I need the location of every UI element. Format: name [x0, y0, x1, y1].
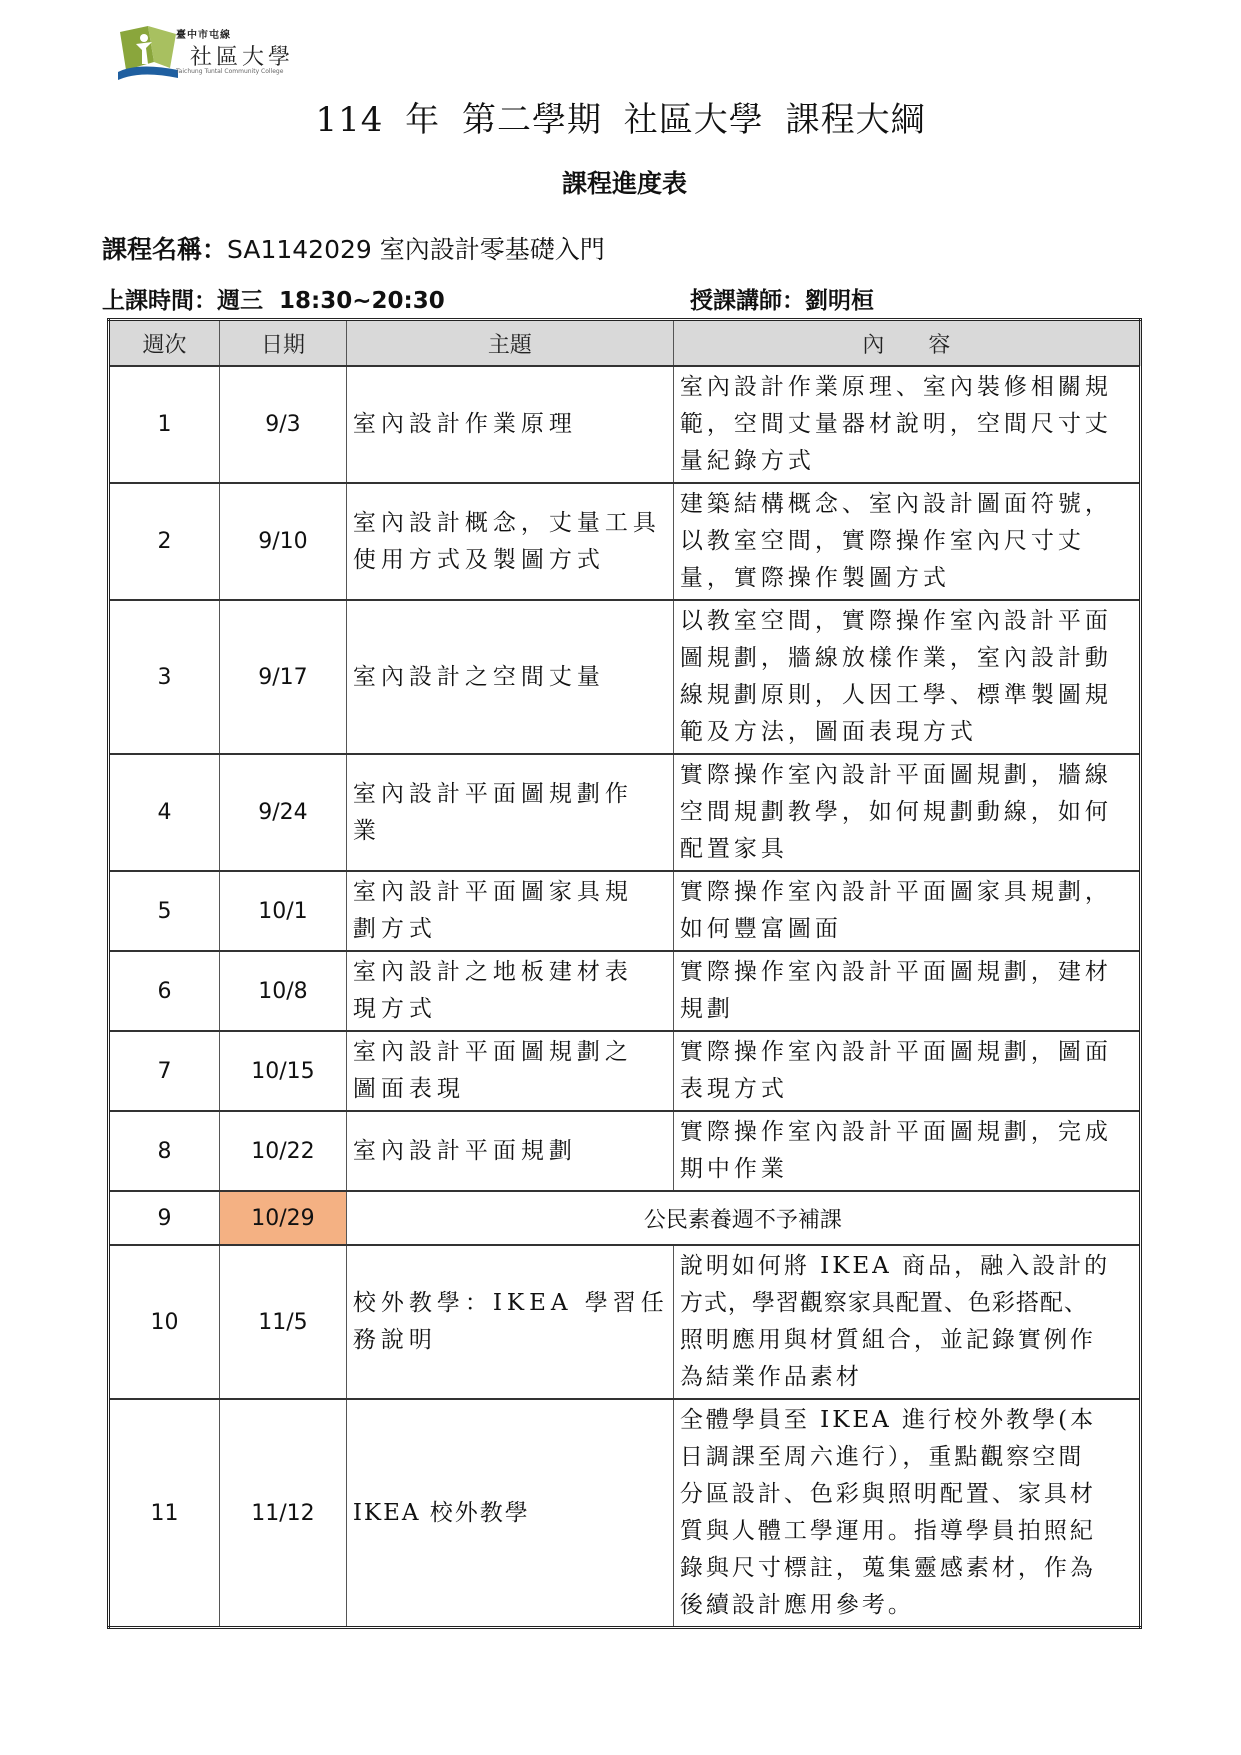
table-row: 5 10/1 室內設計平面圖家具規 劃方式 實際操作室內設計平面圖家具規劃， 如…	[109, 871, 1141, 951]
table-row: 8 10/22 室內設計平面規劃 實際操作室內設計平面圖規劃，完成 期中作業	[109, 1111, 1141, 1191]
content-cell: 實際操作室內設計平面圖規劃，圖面 表現方式	[673, 1031, 1140, 1111]
week-cell: 9	[109, 1191, 220, 1245]
topic-cell: 室內設計平面圖規劃作 業	[346, 754, 673, 871]
logo-english-text: Taichung Tuntal Community College	[176, 68, 283, 75]
topic-cell: 室內設計之地板建材表 現方式	[346, 951, 673, 1031]
week-cell: 5	[109, 871, 220, 951]
date-cell: 9/17	[220, 600, 347, 754]
date-cell: 9/3	[220, 366, 347, 483]
content-cell: 實際操作室內設計平面圖規劃，完成 期中作業	[673, 1111, 1140, 1191]
class-time-label: 上課時間：	[102, 288, 217, 314]
course-name-line: 課程名稱：SA1142029 室內設計零基礎入門	[102, 230, 605, 266]
date-cell: 10/22	[220, 1111, 347, 1191]
table-row: 2 9/10 室內設計概念，丈量工具 使用方式及製圖方式 建築結構概念、室內設計…	[109, 483, 1141, 600]
week-cell: 7	[109, 1031, 220, 1111]
date-cell-highlighted: 10/29	[220, 1191, 347, 1245]
table-row: 3 9/17 室內設計之空間丈量 以教室空間，實際操作室內設計平面 圖規劃，牆線…	[109, 600, 1141, 754]
content-cell: 說明如何將 IKEA 商品，融入設計的 方式，學習觀察家具配置、色彩搭配、 照明…	[673, 1245, 1140, 1399]
topic-cell: 室內設計平面規劃	[346, 1111, 673, 1191]
table-row: 11 11/12 IKEA 校外教學 全體學員至 IKEA 進行校外教學(本 日…	[109, 1399, 1141, 1628]
week-cell: 4	[109, 754, 220, 871]
date-cell: 10/1	[220, 871, 347, 951]
course-name-label: 課程名稱：	[102, 235, 227, 264]
topic-cell: 室內設計概念，丈量工具 使用方式及製圖方式	[346, 483, 673, 600]
week-cell: 1	[109, 366, 220, 483]
teacher-label: 授課講師：	[690, 288, 805, 314]
content-cell: 室內設計作業原理、室內裝修相關規 範，空間丈量器材說明，空間尺寸丈 量紀錄方式	[673, 366, 1140, 483]
holiday-note-cell: 公民素養週不予補課	[346, 1191, 1140, 1245]
table-row: 10 11/5 校外教學：IKEA 學習任 務說明 說明如何將 IKEA 商品，…	[109, 1245, 1141, 1399]
date-cell: 10/15	[220, 1031, 347, 1111]
topic-cell: 室內設計平面圖規劃之 圖面表現	[346, 1031, 673, 1111]
week-cell: 2	[109, 483, 220, 600]
topic-cell: 室內設計之空間丈量	[346, 600, 673, 754]
topic-cell: IKEA 校外教學	[346, 1399, 673, 1628]
table-header-row: 週次 日期 主題 內 容	[109, 320, 1141, 367]
content-cell: 實際操作室內設計平面圖規劃，牆線 空間規劃教學，如何規劃動線，如何 配置家具	[673, 754, 1140, 871]
header-week: 週次	[109, 320, 220, 367]
header-topic: 主題	[346, 320, 673, 367]
date-cell: 9/10	[220, 483, 347, 600]
content-cell: 實際操作室內設計平面圖規劃，建材 規劃	[673, 951, 1140, 1031]
date-cell: 10/8	[220, 951, 347, 1031]
date-cell: 11/12	[220, 1399, 347, 1628]
table-row: 4 9/24 室內設計平面圖規劃作 業 實際操作室內設計平面圖規劃，牆線 空間規…	[109, 754, 1141, 871]
content-cell: 實際操作室內設計平面圖家具規劃， 如何豐富圖面	[673, 871, 1140, 951]
content-cell: 全體學員至 IKEA 進行校外教學(本 日調課至周六進行），重點觀察空間 分區設…	[673, 1399, 1140, 1628]
topic-cell: 室內設計平面圖家具規 劃方式	[346, 871, 673, 951]
document-subtitle: 課程進度表	[0, 164, 1241, 200]
document-title: 114 年 第二學期 社區大學 課程大綱	[0, 92, 1241, 141]
date-cell: 9/24	[220, 754, 347, 871]
table-row: 7 10/15 室內設計平面圖規劃之 圖面表現 實際操作室內設計平面圖規劃，圖面…	[109, 1031, 1141, 1111]
week-cell: 10	[109, 1245, 220, 1399]
course-meta-line: 上課時間：週三 18:30~20:30 授課講師：劉明桓	[102, 282, 1002, 315]
topic-cell: 校外教學：IKEA 學習任 務說明	[346, 1245, 673, 1399]
date-cell: 11/5	[220, 1245, 347, 1399]
header-content: 內 容	[673, 320, 1140, 367]
teacher-line: 授課講師：劉明桓	[690, 282, 874, 315]
week-cell: 3	[109, 600, 220, 754]
teacher-value: 劉明桓	[805, 288, 874, 314]
course-name-value: SA1142029 室內設計零基礎入門	[227, 235, 605, 264]
week-cell: 6	[109, 951, 220, 1031]
logo-top-text: 臺中市屯線	[176, 26, 231, 41]
schedule-table: 週次 日期 主題 內 容 1 9/3 室內設計作業原理 室內設計作業原理、室內裝…	[107, 318, 1142, 1629]
logo-emblem-icon	[118, 22, 178, 82]
table-row-holiday: 9 10/29 公民素養週不予補課	[109, 1191, 1141, 1245]
logo-main-text: 社區大學	[190, 40, 294, 71]
school-logo: 臺中市屯線 社區大學 Taichung Tuntal Community Col…	[118, 22, 318, 82]
header-date: 日期	[220, 320, 347, 367]
content-cell: 建築結構概念、室內設計圖面符號， 以教室空間，實際操作室內尺寸丈 量，實際操作製…	[673, 483, 1140, 600]
week-cell: 8	[109, 1111, 220, 1191]
week-cell: 11	[109, 1399, 220, 1628]
table-row: 1 9/3 室內設計作業原理 室內設計作業原理、室內裝修相關規 範，空間丈量器材…	[109, 366, 1141, 483]
table-row: 6 10/8 室內設計之地板建材表 現方式 實際操作室內設計平面圖規劃，建材 規…	[109, 951, 1141, 1031]
content-cell: 以教室空間，實際操作室內設計平面 圖規劃，牆線放樣作業，室內設計動 線規劃原則，…	[673, 600, 1140, 754]
topic-cell: 室內設計作業原理	[346, 366, 673, 483]
class-time-value: 週三 18:30~20:30	[217, 288, 445, 314]
